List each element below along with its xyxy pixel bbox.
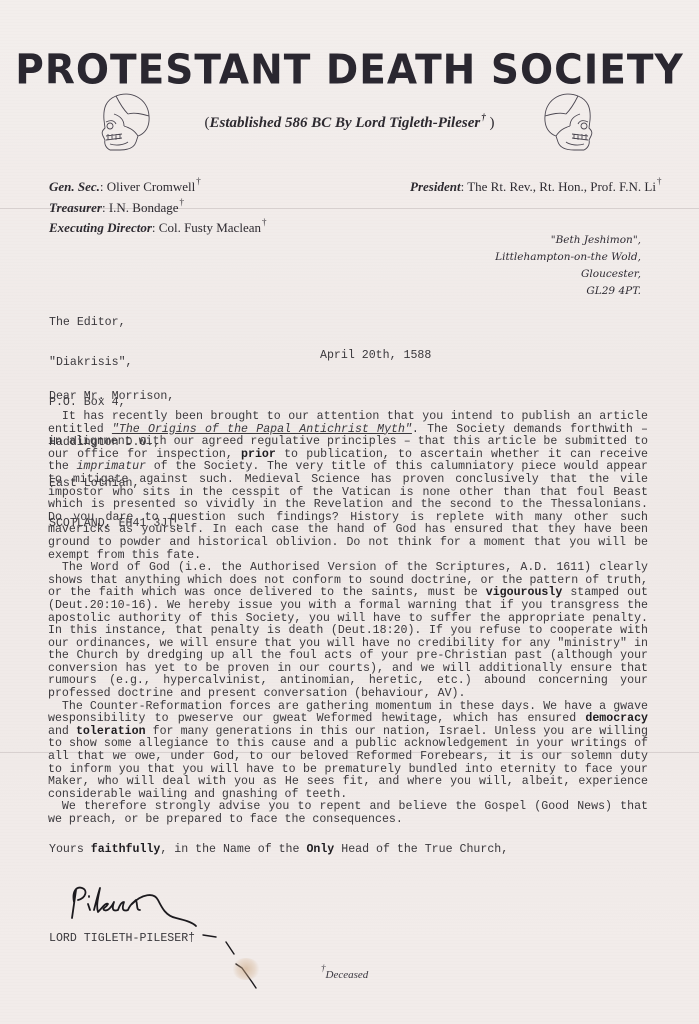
officer-name: Oliver Cromwell [107,179,195,194]
dagger-mark: † [262,217,267,227]
dagger-mark: † [180,197,185,207]
officer-role: President [410,179,461,194]
officer-executing-director: Executing Director: Col. Fusty Maclean† [49,217,266,236]
recipient-line: The Editor, [49,316,181,329]
emphasis: vigourously [486,586,563,599]
sender-address: "Beth Jeshimon", Littlehampton-on-the Wo… [495,232,641,300]
officer-name: The Rt. Rev., Rt. Hon., Prof. F.N. Li [467,179,656,194]
emphasis: prior [241,448,276,461]
letter-body: It has recently been brought to our atte… [48,411,648,827]
officer-president: President: The Rt. Rev., Rt. Hon., Prof.… [410,176,661,195]
recipient-line: "Diakrisis", [49,356,181,369]
paragraph: The Word of God (i.e. the Authorised Ver… [48,562,648,701]
emphasis: imprimatur [77,460,147,473]
address-line: Littlehampton-on-the Wold, [495,249,641,266]
established-line: (Established 586 BC By Lord Tigleth-Pile… [0,112,699,132]
officer-name: I.N. Bondage [109,200,179,215]
emphasis: Only [306,843,334,856]
paragraph: It has recently been brought to our atte… [48,411,648,562]
paragraph: We therefore strongly advise you to repe… [48,801,648,826]
article-title: "The Origins of the Papal Antichrist Myt… [112,423,412,436]
address-line: "Beth Jeshimon", [495,232,641,249]
officer-role: Treasurer [49,200,102,215]
signatory-name: LORD TIGLETH-PILESER† [49,932,195,945]
emphasis: democracy [585,712,648,725]
letterhead-title: PROTESTANT DEATH SOCIETY [0,47,699,94]
officer-gen-sec: Gen. Sec.: Oliver Cromwell† [49,176,201,195]
emphasis: toleration [76,725,146,738]
closing-line: Yours faithfully, in the Name of the Onl… [49,843,508,856]
footnote: †Deceased [320,963,368,981]
officer-role: Gen. Sec. [49,179,100,194]
dagger-mark: † [196,176,201,186]
officer-name: Col. Fusty Maclean [159,220,261,235]
officer-treasurer: Treasurer: I.N. Bondage† [49,197,184,216]
address-line: GL29 4PT. [495,283,641,300]
paper-stain [232,958,260,980]
salutation: Dear Mr. Morrison, [49,390,174,403]
dagger-mark: † [188,932,195,945]
paragraph: The Counter-Reformation forces are gathe… [48,701,648,802]
officer-role: Executing Director [49,220,152,235]
emphasis: faithfully [91,843,161,856]
established-text: Established 586 BC By Lord Tigleth-Piles… [210,115,481,131]
footnote-text: Deceased [326,969,369,981]
address-line: Gloucester, [495,266,641,283]
letter-date: April 20th, 1588 [320,349,431,362]
dagger-mark: † [657,176,662,186]
